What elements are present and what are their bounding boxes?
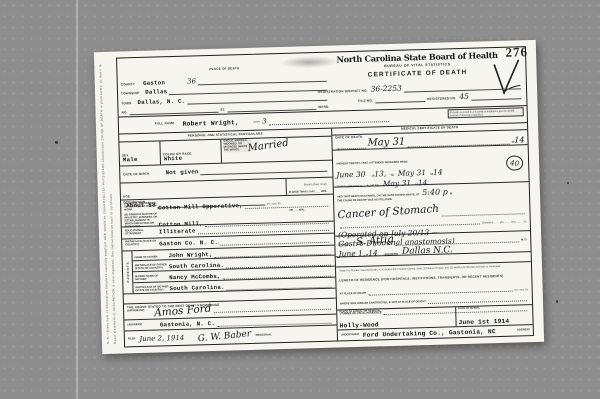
full-name-label: FULL NAME <box>155 122 175 126</box>
informant-signature: Amos Ford <box>154 302 212 319</box>
education-underline <box>198 224 329 235</box>
education-value: Illiterate <box>159 227 196 235</box>
attended-to: May 31 <box>398 168 427 178</box>
birthplace-value: Gaston Co. N. C. <box>159 239 218 248</box>
duration-label: (Duration) ........ yrs. ........ mos. .… <box>482 220 527 224</box>
md-label: M. D. <box>521 239 527 242</box>
dod-lead-underline <box>337 142 365 150</box>
mother-birthplace-label: BIRTHPLACE OF MOTHER (State or Country) <box>135 286 169 293</box>
scan-speck <box>55 141 58 144</box>
burial-place-label: PLACE OF BURIAL OR REMOVAL <box>339 308 453 314</box>
length-of-residence-block: LENGTH OF RESIDENCE (For Hospitals, Inst… <box>336 262 532 310</box>
contracted-underline <box>428 294 527 304</box>
race-value: White <box>164 155 183 163</box>
st-label: St. <box>220 109 225 113</box>
age-label: AGE <box>123 194 130 198</box>
full-name-value: Robert Wright, <box>182 119 239 128</box>
registration-district-value: 36-2253 <box>371 84 402 94</box>
signed-label: (Signed) <box>338 244 350 247</box>
birthplace-underline <box>220 235 329 245</box>
date-of-death-label: DATE OF DEATH <box>335 136 362 141</box>
death-certificate: 276 N. B.—Every item of information shou… <box>94 40 544 354</box>
race-cell: COLOR OR RACE White <box>159 140 221 165</box>
mother-name-label: MAIDEN NAME OF MOTHER <box>135 276 169 283</box>
burial-date-value: June 1st 1914 <box>458 318 509 326</box>
education-label: EDUCATIONAL ATTAINMENT <box>125 229 159 236</box>
informant-address-underline <box>217 316 332 326</box>
cause-underline <box>441 207 525 216</box>
informant-label: (Informant) <box>127 310 144 313</box>
age-less-cell: IF LESS than 1 day, ___ hrs. or ___ min. <box>285 178 332 195</box>
physician-signature: S. Attig <box>356 234 394 248</box>
file-no-underline <box>375 95 425 103</box>
burial-date-cell: DATE OF BURIAL June 1st 1914 <box>455 305 533 326</box>
filed-label: Filed <box>128 338 136 341</box>
informant-address-label: (Address) <box>127 324 141 327</box>
sex-value: Male <box>123 156 138 163</box>
occupation-a-value: Cotton Mill Opperative, <box>158 202 243 211</box>
date-of-death-value: May 31 <box>367 136 405 148</box>
occupation-a-underline <box>245 200 329 209</box>
town-label: Town <box>121 102 131 106</box>
attended-from: June 30 <box>336 170 365 180</box>
marital-cell: SINGLE, MARRIED, WIDOWED, OR DIVORCED (w… <box>220 137 332 163</box>
place-of-death-label: PLACE OF DEATH <box>209 66 239 71</box>
contracted-label: Where was disease contracted, if not at … <box>340 301 426 306</box>
sex-cell: SEX Male <box>119 142 160 166</box>
filed-date: June 2, 1914 <box>139 334 184 343</box>
form-body: PERSONAL AND STATISTICAL PARTICULARS SEX… <box>119 123 533 347</box>
registered-no-value: 45 <box>459 92 469 101</box>
burial-place-value: Holly-Wood <box>340 321 379 329</box>
no-label: No. <box>122 111 128 115</box>
parents-block: PARENTS NAME OF FATHER John Wright, BIRT… <box>122 245 335 295</box>
date-of-death-year: 14 <box>514 135 524 144</box>
township-value: Dallas <box>145 88 167 96</box>
township-label: Township <box>121 92 139 96</box>
at-place-label: At place of death <box>340 293 367 297</box>
place-of-death-block: PLACE OF DEATH County Gaston 36 Township… <box>120 54 329 116</box>
informant-address-value: Gastonia, N. C. <box>160 320 215 329</box>
informant-underline <box>214 303 331 313</box>
full-name-underline <box>269 115 389 125</box>
town-value: Dallas, N. C. <box>137 97 185 105</box>
full-name-scribble: — 3 <box>253 117 267 125</box>
birthplace-label: BIRTHPLACE (State or Country) <box>125 241 159 248</box>
at-place-underline <box>368 285 512 296</box>
attended-from-year: 13, <box>374 169 386 178</box>
to-label: to <box>390 175 394 178</box>
medical-certificate-column: MEDICAL CERTIFICATE OF DEATH DATE OF DEA… <box>332 123 533 341</box>
undertaker-address-label: ADDRESS <box>517 329 530 332</box>
registrar-label: Registrar. <box>256 334 272 337</box>
ward-label: Ward. <box>318 106 329 110</box>
board-heading: North Carolina State Board of Health BUR… <box>317 49 518 79</box>
cause-of-death-block: The CAUSE OF DEATH* was as follows: Canc… <box>334 182 530 236</box>
mother-name-value: Nancy McCombs, <box>169 273 221 281</box>
hospital-instruction-box: (If death occurred in a hospital or inst… <box>448 107 524 118</box>
at-place-units: yrs. mos. ds. <box>514 288 528 292</box>
marital-value-handwritten: Married <box>247 138 289 154</box>
county-label: County <box>121 83 135 87</box>
county-code-handwritten: 36 <box>187 77 196 85</box>
county-value: Gaston <box>143 79 165 87</box>
residence-label: LENGTH OF RESIDENCE (For Hospitals, Inst… <box>339 274 503 283</box>
father-name-value: John Wright, <box>168 251 212 259</box>
st-underline <box>227 103 316 112</box>
personal-particulars-column: PERSONAL AND STATISTICAL PARTICULARS SEX… <box>119 129 338 348</box>
undertaker-value: Ford Undertaking Co., Gastonia, NC <box>363 328 496 339</box>
dob-value: Not given <box>165 169 198 177</box>
registered-no-label: Registered No. <box>427 97 456 102</box>
registered-no-underline <box>471 92 521 100</box>
cause-label: The CAUSE OF DEATH* was as follows: <box>337 198 392 203</box>
registrar-signature: G. W. Baber <box>198 329 252 344</box>
undertaker-label: UNDERTAKER <box>341 334 359 337</box>
dob-label: DATE OF BIRTH <box>123 173 149 178</box>
father-birthplace-label: BIRTHPLACE OF FATHER (State or Country) <box>135 265 169 272</box>
certificate-form: PLACE OF DEATH County Gaston 36 Township… <box>116 46 534 347</box>
hospital-instruction-text: (If death occurred in a hospital or inst… <box>450 109 522 117</box>
no-underline <box>130 106 219 115</box>
scan-speck <box>567 182 569 184</box>
certification-block: I HEREBY CERTIFY, That I attended deceas… <box>333 145 529 187</box>
attended-to-year: 14 <box>433 167 443 176</box>
scan-speck <box>556 300 558 303</box>
cause-code-value: 40 <box>510 158 520 167</box>
file-no-label: File No. <box>358 100 373 104</box>
occupation-label: OCCUPATION <box>123 201 145 205</box>
medical-section-title: MEDICAL CERTIFICATE OF DEATH <box>401 126 458 131</box>
personal-section-title: PERSONAL AND STATISTICAL PARTICULARS <box>188 132 263 138</box>
certify-label: I HEREBY CERTIFY, That I attended deceas… <box>336 160 407 165</box>
scanned-document-page: 276 N. B.—Every item of information shou… <box>0 0 600 399</box>
burial-place-cell: PLACE OF BURIAL OR REMOVAL Holly-Wood <box>337 307 455 329</box>
scan-artifact-streak <box>76 0 78 399</box>
burial-date-label: DATE OF BURIAL <box>458 306 530 311</box>
